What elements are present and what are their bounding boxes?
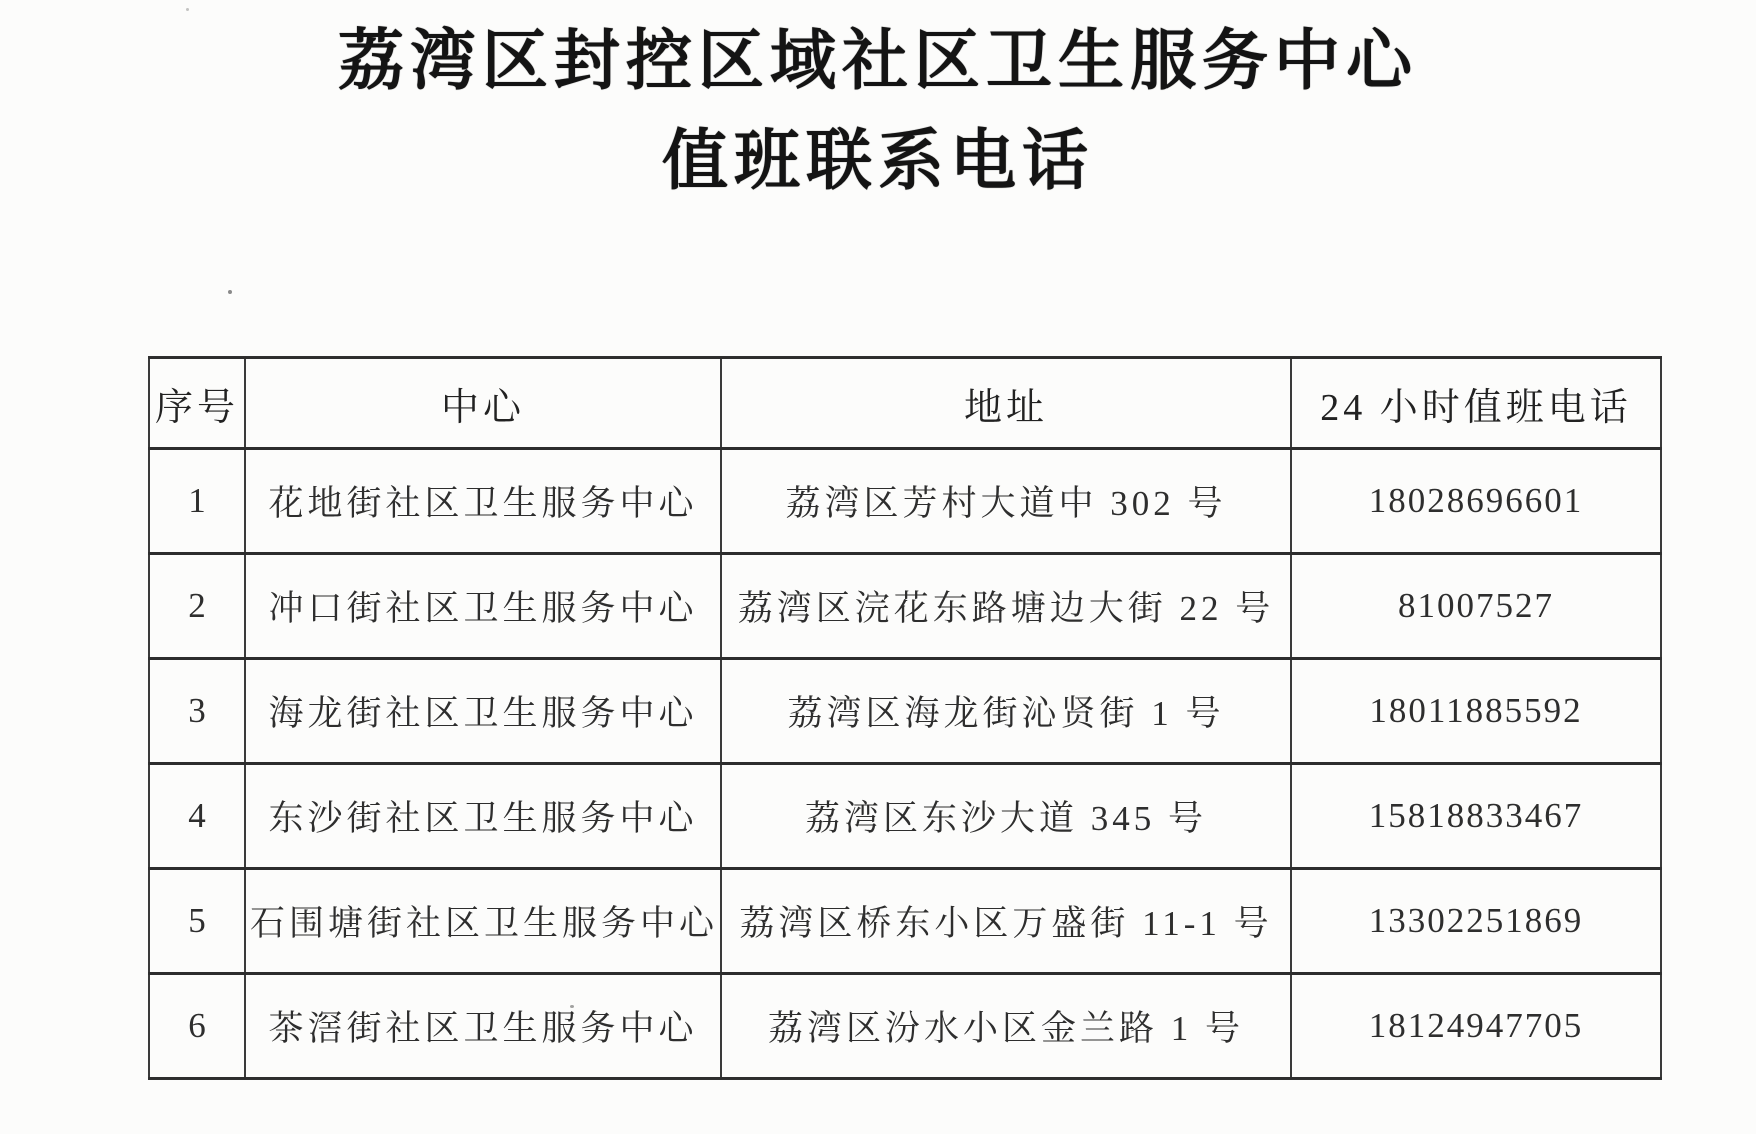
document-title-line1: 荔湾区封控区域社区卫生服务中心 xyxy=(0,12,1756,112)
cell-center-name: 冲口街社区卫生服务中心 xyxy=(245,554,721,659)
cell-row-number: 4 xyxy=(149,764,245,869)
cell-row-number: 1 xyxy=(149,449,245,554)
scan-speck xyxy=(186,8,189,11)
cell-duty-phone: 18124947705 xyxy=(1291,974,1661,1079)
document-title: 荔湾区封控区域社区卫生服务中心 值班联系电话 xyxy=(0,12,1756,212)
scanned-document-page: { "document": { "title_line1": "荔湾区封控区域社… xyxy=(0,0,1756,1134)
header-cell-phone: 24 小时值班电话 xyxy=(1291,358,1661,449)
cell-address: 荔湾区海龙街沁贤街 1 号 xyxy=(721,659,1291,764)
header-cell-address: 地址 xyxy=(721,358,1291,449)
scan-speck xyxy=(570,1005,574,1008)
cell-duty-phone: 18011885592 xyxy=(1291,659,1661,764)
cell-center-name: 海龙街社区卫生服务中心 xyxy=(245,659,721,764)
cell-row-number: 5 xyxy=(149,869,245,974)
duty-phone-table: 序号 中心 地址 24 小时值班电话 1 花地街社区卫生服务中心 荔湾区芳村大道… xyxy=(148,356,1662,1080)
cell-center-name: 东沙街社区卫生服务中心 xyxy=(245,764,721,869)
cell-center-name: 石围塘街社区卫生服务中心 xyxy=(245,869,721,974)
scan-speck xyxy=(228,290,232,294)
document-title-line2: 值班联系电话 xyxy=(0,112,1756,212)
table-header-row: 序号 中心 地址 24 小时值班电话 xyxy=(149,358,1661,449)
cell-duty-phone: 13302251869 xyxy=(1291,869,1661,974)
table-row: 2 冲口街社区卫生服务中心 荔湾区浣花东路塘边大街 22 号 81007527 xyxy=(149,554,1661,659)
cell-address: 荔湾区汾水小区金兰路 1 号 xyxy=(721,974,1291,1079)
cell-address: 荔湾区桥东小区万盛街 11-1 号 xyxy=(721,869,1291,974)
cell-row-number: 2 xyxy=(149,554,245,659)
cell-center-name: 花地街社区卫生服务中心 xyxy=(245,449,721,554)
cell-address: 荔湾区东沙大道 345 号 xyxy=(721,764,1291,869)
cell-address: 荔湾区芳村大道中 302 号 xyxy=(721,449,1291,554)
cell-duty-phone: 15818833467 xyxy=(1291,764,1661,869)
cell-duty-phone: 81007527 xyxy=(1291,554,1661,659)
cell-center-name: 茶滘街社区卫生服务中心 xyxy=(245,974,721,1079)
cell-address: 荔湾区浣花东路塘边大街 22 号 xyxy=(721,554,1291,659)
header-cell-center: 中心 xyxy=(245,358,721,449)
header-cell-no: 序号 xyxy=(149,358,245,449)
table-row: 6 茶滘街社区卫生服务中心 荔湾区汾水小区金兰路 1 号 18124947705 xyxy=(149,974,1661,1079)
table-row: 1 花地街社区卫生服务中心 荔湾区芳村大道中 302 号 18028696601 xyxy=(149,449,1661,554)
table-row: 4 东沙街社区卫生服务中心 荔湾区东沙大道 345 号 15818833467 xyxy=(149,764,1661,869)
cell-duty-phone: 18028696601 xyxy=(1291,449,1661,554)
table-row: 5 石围塘街社区卫生服务中心 荔湾区桥东小区万盛街 11-1 号 1330225… xyxy=(149,869,1661,974)
cell-row-number: 6 xyxy=(149,974,245,1079)
table-row: 3 海龙街社区卫生服务中心 荔湾区海龙街沁贤街 1 号 18011885592 xyxy=(149,659,1661,764)
cell-row-number: 3 xyxy=(149,659,245,764)
